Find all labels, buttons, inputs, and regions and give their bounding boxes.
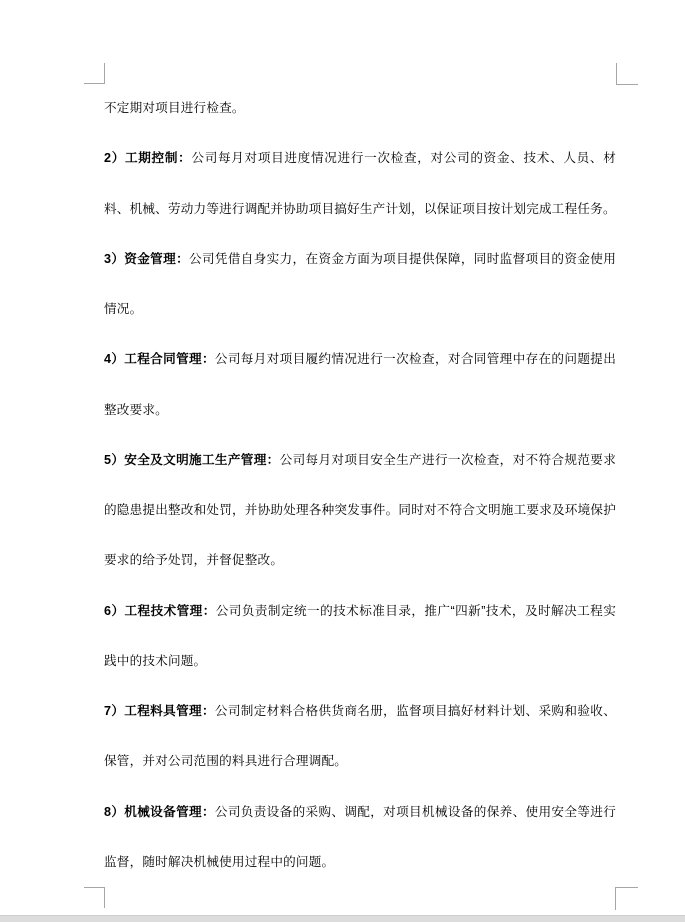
paragraph-body: 公司每月对项目安全生产进行一次检查，对不符合规范要求的隐患提出整改和处罚，并协助… xyxy=(104,453,616,568)
paragraph-number-label: 8）机械设备管理： xyxy=(104,805,215,819)
paragraph-body: 不定期对项目进行检查。 xyxy=(104,101,245,115)
paragraph[interactable]: 不定期对项目进行检查。 xyxy=(104,83,616,133)
paragraph[interactable]: 5）安全及文明施工生产管理：公司每月对项目安全生产进行一次检查，对不符合规范要求… xyxy=(104,435,616,586)
paragraph[interactable]: 8）机械设备管理：公司负责设备的采购、调配，对项目机械设备的保养、使用安全等进行… xyxy=(104,787,616,888)
paragraph[interactable]: 2）工期控制：公司每月对项目进度情况进行一次检查，对公司的资金、技术、人员、材料… xyxy=(104,133,616,234)
paragraph-number-label: 3）资金管理： xyxy=(104,252,189,266)
paragraph[interactable]: 6）工程技术管理：公司负责制定统一的技术标准目录，推广“四新”技术，及时解决工程… xyxy=(104,586,616,687)
document-text-area: 不定期对项目进行检查。 2）工期控制：公司每月对项目进度情况进行一次检查，对公司… xyxy=(104,83,616,887)
paragraph[interactable]: 3）资金管理：公司凭借自身实力，在资金方面为项目提供保障，同时监督项目的资金使用… xyxy=(104,234,616,335)
margin-mark-bottom-right xyxy=(615,887,638,910)
paragraph-number-label: 7）工程料具管理： xyxy=(104,704,215,718)
paragraph-number-label: 6）工程技术管理： xyxy=(104,604,216,618)
margin-mark-top-left xyxy=(84,63,105,84)
page-edge-strip xyxy=(0,915,685,922)
paragraph-number-label: 2）工期控制： xyxy=(104,151,191,165)
paragraph[interactable]: 4）工程合同管理：公司每月对项目履约情况进行一次检查，对合同管理中存在的问题提出… xyxy=(104,334,616,435)
paragraph-number-label: 4）工程合同管理： xyxy=(104,352,215,366)
paragraph[interactable]: 7）工程料具管理：公司制定材料合格供货商名册，监督项目搞好材料计划、采购和验收、… xyxy=(104,686,616,787)
margin-mark-top-right xyxy=(616,63,638,85)
margin-mark-bottom-left xyxy=(84,887,105,908)
paragraph-number-label: 5）安全及文明施工生产管理： xyxy=(104,453,280,467)
